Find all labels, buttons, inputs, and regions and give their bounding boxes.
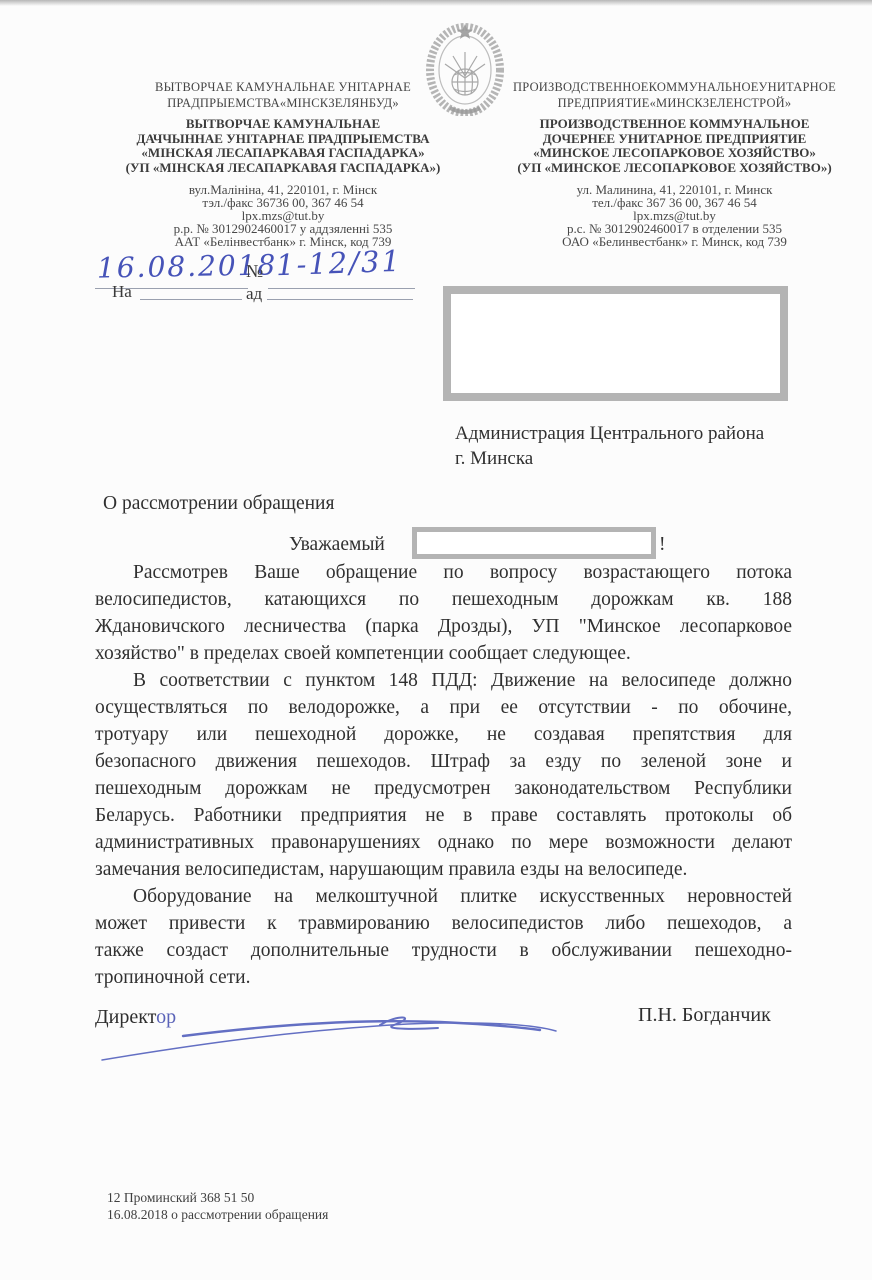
right-org-bold-name: ПРОИЗВОДСТВЕННОЕ КОММУНАЛЬНОЕДОЧЕРНЕЕ УН… — [502, 117, 847, 175]
footer-block: 12 Проминский 368 51 50 16.08.2018 о рас… — [107, 1190, 328, 1223]
paragraph-line: осуществляться по велодорожке, а при ее … — [95, 694, 792, 721]
handwritten-number: 1-12/31 — [275, 244, 402, 282]
letter-body: Рассмотрев Ваше обращение по вопросу воз… — [95, 559, 792, 991]
paragraph-line: хозяйство" в пределах своей компетенции … — [95, 640, 792, 667]
left-org-address: вул.Малініна, 41, 220101, г. Мінсктэл./ф… — [88, 183, 478, 248]
right-org-bold-line: ПРОИЗВОДСТВЕННОЕ КОММУНАЛЬНОЕ — [502, 117, 847, 132]
number-sign: № — [246, 261, 263, 282]
recipient-block: Администрация Центрального района г. Мин… — [455, 421, 764, 471]
na-underline — [140, 299, 242, 300]
left-org-bold-line: ДАЧЧЫННАЕ УНІТАРНАЕ ПРАДПРЫЕМСТВА — [88, 132, 478, 147]
scanned-letter-page: ВЫТВОРЧАЕ КАМУНАЛЬНАЕ УНІТАРНАЕ ПРАДПРЫЕ… — [0, 0, 872, 1280]
right-org-line2: ПРЕДПРИЯТИЕ«МИНСКЗЕЛЕНСТРОЙ» — [502, 95, 847, 111]
paragraph-line: также создаст дополнительные трудности в… — [95, 937, 792, 964]
left-org-bold-name: ВЫТВОРЧАЕ КАМУНАЛЬНАЕДАЧЧЫННАЕ УНІТАРНАЕ… — [88, 117, 478, 175]
paragraph-line: Рассмотрев Ваше обращение по вопросу воз… — [95, 559, 792, 586]
paragraph-line: велосипедистов, катающихся по пешеходным… — [95, 586, 792, 613]
right-org-bold-line: ДОЧЕРНЕЕ УНИТАРНОЕ ПРЕДПРИЯТИЕ — [502, 132, 847, 147]
redaction-box-name — [412, 527, 656, 559]
paragraph-line: административных правонарушениях однако … — [95, 829, 792, 856]
left-org-bold-line: ВЫТВОРЧАЕ КАМУНАЛЬНАЕ — [88, 117, 478, 132]
ad-underline — [267, 299, 413, 300]
subject-line: О рассмотрении обращения — [103, 493, 334, 515]
paragraph-line: пешеходным дорожкам не предусмотрен зако… — [95, 775, 792, 802]
left-org-bold-line: (УП «МІНСКАЯ ЛЕСАПАРКАВАЯ ГАСПАДАРКА») — [88, 161, 478, 176]
paragraph-line: замечания велосипедистам, нарушающим пра… — [95, 856, 792, 883]
left-org-line2: ПРАДПРЫЕМСТВА«МІНСКЗЕЛЯНБУД» — [88, 95, 478, 111]
paragraph: Рассмотрев Ваше обращение по вопросу воз… — [95, 559, 792, 667]
recipient-line1: Администрация Центрального района — [455, 421, 764, 446]
left-address-line: ААТ «Белінвестбанк» г. Мінск, код 739 — [88, 235, 478, 248]
na-label: На — [112, 282, 132, 302]
number-underline — [268, 288, 415, 289]
left-org-line1: ВЫТВОРЧАЕ КАМУНАЛЬНАЕ УНІТАРНАЕ — [88, 79, 478, 95]
paragraph-line: Ждановичского лесничества (парка Дрозды)… — [95, 613, 792, 640]
paragraph-line: может привести к травмированию велосипед… — [95, 910, 792, 937]
recipient-line2: г. Минска — [455, 446, 764, 471]
handwritten-signature — [88, 1004, 568, 1066]
paragraph-line: Оборудование на мелкоштучной плитке иску… — [95, 883, 792, 910]
paragraph: Оборудование на мелкоштучной плитке иску… — [95, 883, 792, 991]
right-org-bold-line: (УП «МИНСКОЕ ЛЕСОПАРКОВОЕ ХОЗЯЙСТВО») — [502, 161, 847, 176]
right-org-bold-line: «МИНСКОЕ ЛЕСОПАРКОВОЕ ХОЗЯЙСТВО» — [502, 146, 847, 161]
salutation-suffix: ! — [659, 534, 666, 556]
letterhead-left-column: ВЫТВОРЧАЕ КАМУНАЛЬНАЕ УНІТАРНАЕ ПРАДПРЫЕ… — [88, 79, 478, 248]
signer-name: П.Н. Богданчик — [638, 1004, 771, 1027]
right-org-address: ул. Малинина, 41, 220101, г. Минсктел./ф… — [502, 183, 847, 248]
paragraph-line: В соответствии с пунктом 148 ПДД: Движен… — [95, 667, 792, 694]
right-address-line: ОАО «Белинвестбанк» г. Минск, код 739 — [502, 235, 847, 248]
salutation-prefix: Уважаемый — [289, 534, 385, 556]
paragraph-line: безопасного движения пешеходов. Штраф за… — [95, 748, 792, 775]
letterhead-right-column: ПРОИЗВОДСТВЕННОЕКОММУНАЛЬНОЕУНИТАРНОЕ ПР… — [502, 79, 847, 248]
ad-label: ад — [246, 284, 262, 304]
footer-executor-line: 12 Проминский 368 51 50 — [107, 1190, 328, 1207]
paragraph-line: тротуару или пешеходной дорожке, не созд… — [95, 721, 792, 748]
right-org-line1: ПРОИЗВОДСТВЕННОЕКОММУНАЛЬНОЕУНИТАРНОЕ — [502, 79, 847, 95]
paragraph-line: Беларусь. Работники предприятия не в пра… — [95, 802, 792, 829]
left-org-bold-line: «МІНСКАЯ ЛЕСАПАРКАВАЯ ГАСПАДАРКА» — [88, 146, 478, 161]
scan-edge-shadow — [0, 0, 872, 6]
paragraph: В соответствии с пунктом 148 ПДД: Движен… — [95, 667, 792, 883]
redaction-box-address — [443, 286, 788, 401]
paragraph-line: тропиночной сети. — [95, 964, 792, 991]
footer-subject-line: 16.08.2018 о рассмотрении обращения — [107, 1207, 328, 1224]
